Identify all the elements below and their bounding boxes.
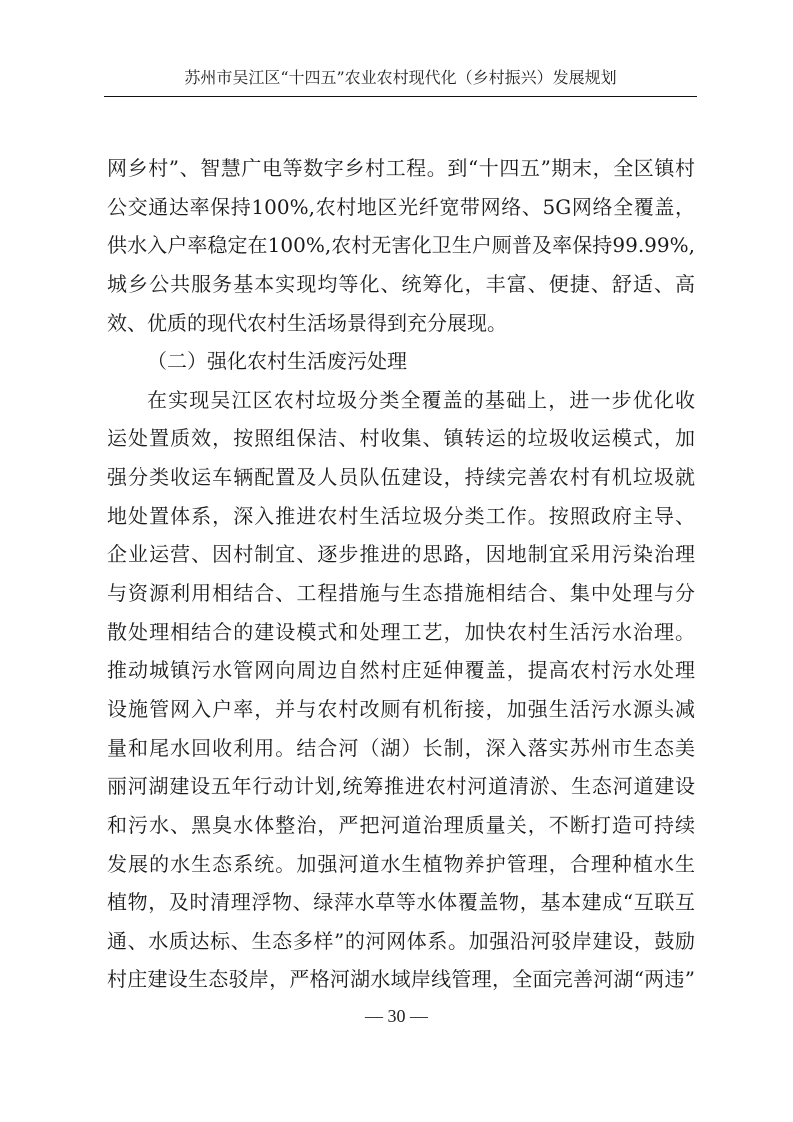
document-page: 苏州市吴江区“十四五”农业农村现代化（乡村振兴）发展规划 网乡村”、智慧广电等数… — [0, 0, 793, 1122]
text-line: 村庄建设生态驳岸，严格河湖水域岸线管理，全面完善河湖“两违” — [107, 960, 695, 999]
text-line: 与资源利用相结合、工程措施与生态措施相结合、集中处理与分 — [107, 574, 695, 613]
text-line: 在实现吴江区农村垃圾分类全覆盖的基础上，进一步优化收 — [107, 381, 695, 420]
text-line: 网乡村”、智慧广电等数字乡村工程。到“十四五”期末，全区镇村 — [107, 149, 695, 188]
text-line: 强分类收运车辆配置及人员队伍建设，持续完善农村有机垃圾就 — [107, 458, 695, 497]
running-header-title: 苏州市吴江区“十四五”农业农村现代化（乡村振兴）发展规划 — [104, 67, 697, 89]
text-line: 通、水质达标、生态多样”的河网体系。加强沿河驳岸建设，鼓励 — [107, 922, 695, 961]
body-paragraph: 在实现吴江区农村垃圾分类全覆盖的基础上，进一步优化收 运处置质效，按照组保洁、村… — [107, 381, 695, 999]
text-line: 散处理相结合的建设模式和处理工艺，加快农村生活污水治理。 — [107, 613, 695, 652]
text-line: 城乡公共服务基本实现均等化、统筹化，丰富、便捷、舒适、高 — [107, 265, 695, 304]
section-heading: （二）强化农村生活废污处理 — [107, 342, 695, 381]
body-text: 网乡村”、智慧广电等数字乡村工程。到“十四五”期末，全区镇村 公交通达率保持10… — [107, 149, 695, 999]
page-number: — 30 — — [0, 1006, 793, 1027]
text-line: 量和尾水回收利用。结合河（湖）长制，深入落实苏州市生态美 — [107, 729, 695, 768]
text-line: 推动城镇污水管网向周边自然村庄延伸覆盖，提高农村污水处理 — [107, 651, 695, 690]
text-line: 设施管网入户率，并与农村改厕有机衔接，加强生活污水源头减 — [107, 690, 695, 729]
text-line: 发展的水生态系统。加强河道水生植物养护管理，合理种植水生 — [107, 845, 695, 884]
continuation-paragraph: 网乡村”、智慧广电等数字乡村工程。到“十四五”期末，全区镇村 公交通达率保持10… — [107, 149, 695, 342]
text-line: 效、优质的现代农村生活场景得到充分展现。 — [107, 304, 695, 343]
text-line: 公交通达率保持100%,农村地区光纤宽带网络、5G网络全覆盖， — [107, 188, 695, 227]
header-rule — [104, 96, 697, 97]
text-line: 供水入户率稳定在100%,农村无害化卫生户厕普及率保持99.99%, — [107, 226, 695, 265]
text-line: 地处置体系，深入推进农村生活垃圾分类工作。按照政府主导、 — [107, 497, 695, 536]
text-line: 丽河湖建设五年行动计划,统筹推进农村河道清淤、生态河道建设 — [107, 767, 695, 806]
text-line: 运处置质效，按照组保洁、村收集、镇转运的垃圾收运模式，加 — [107, 419, 695, 458]
text-line: 植物，及时清理浮物、绿萍水草等水体覆盖物，基本建成“互联互 — [107, 883, 695, 922]
text-line: 企业运营、因村制宜、逐步推进的思路，因地制宜采用污染治理 — [107, 535, 695, 574]
text-line: 和污水、黑臭水体整治，严把河道治理质量关，不断打造可持续 — [107, 806, 695, 845]
